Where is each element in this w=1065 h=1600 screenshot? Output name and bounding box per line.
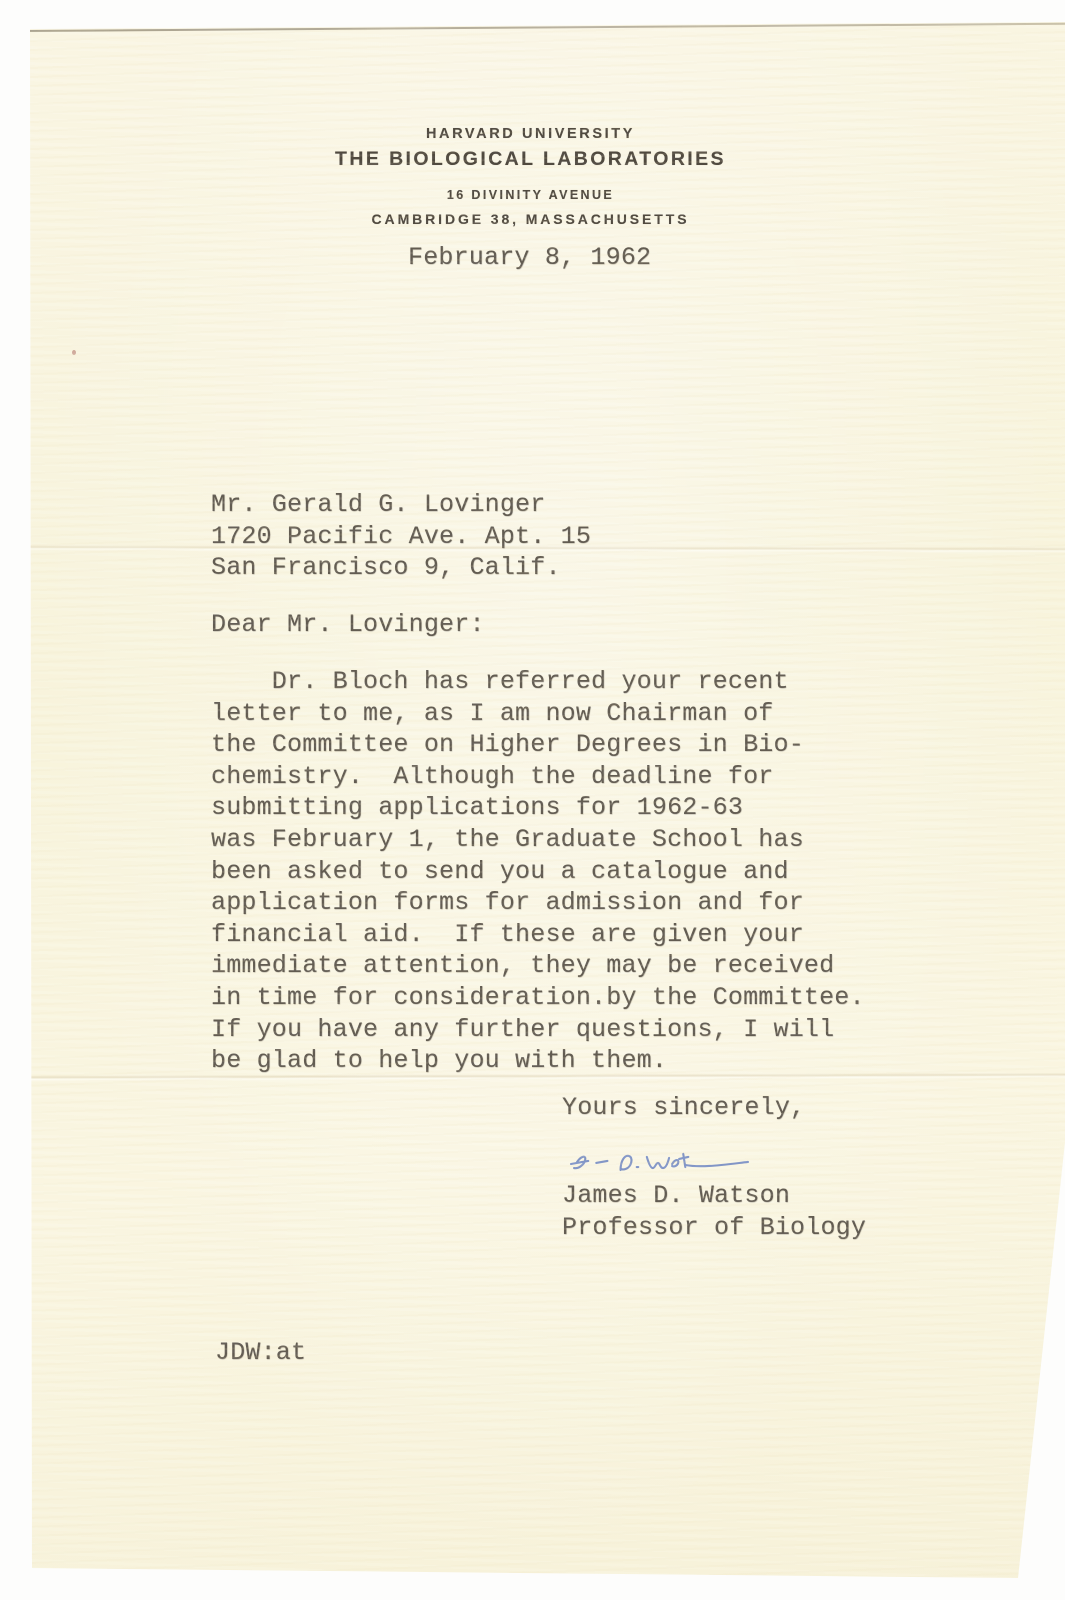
signature-stroke	[647, 1157, 669, 1168]
signature-stroke	[571, 1161, 588, 1164]
paper-speck	[72, 350, 76, 355]
letter-date: February 8, 1962	[408, 242, 651, 274]
recipient-city: San Francisco 9, Calif.	[211, 552, 591, 584]
recipient-address-block: Mr. Gerald G. Lovinger1720 Pacific Ave. …	[211, 489, 591, 584]
letter-paper: HARVARD UNIVERSITY THE BIOLOGICAL LABORA…	[30, 22, 1065, 1578]
signature-stroke	[679, 1157, 688, 1159]
letterhead-institution: HARVARD UNIVERSITY	[13, 126, 1048, 142]
paper-top-edge-line	[30, 23, 1065, 32]
recipient-name: Mr. Gerald G. Lovinger	[211, 489, 591, 521]
sender-name: James D. Watson	[562, 1180, 866, 1212]
recipient-street: 1720 Pacific Ave. Apt. 15	[211, 521, 591, 553]
letterhead-street-address: 16 DIVINITY AVENUE	[13, 188, 1048, 202]
letterhead-department: THE BIOLOGICAL LABORATORIES	[13, 148, 1048, 171]
signature-stroke	[621, 1156, 632, 1170]
scanned-letter-page: HARVARD UNIVERSITY THE BIOLOGICAL LABORA…	[0, 0, 1065, 1600]
valediction: Yours sincerely,	[562, 1092, 805, 1124]
handwritten-signature	[570, 1146, 752, 1184]
reference-initials: JDW:at	[215, 1337, 306, 1369]
letterhead-city-address: CAMBRIDGE 38, MASSACHUSETTS	[13, 211, 1048, 227]
signature-stroke	[596, 1161, 607, 1163]
salutation: Dear Mr. Lovinger:	[211, 609, 485, 641]
sender-title: Professor of Biology	[562, 1212, 866, 1244]
signature-stroke	[672, 1160, 678, 1166]
signature-stroke	[685, 1162, 748, 1166]
letter-body: Dr. Bloch has referred your recent lette…	[211, 666, 865, 1077]
signature-block: James D. WatsonProfessor of Biology	[562, 1180, 866, 1243]
